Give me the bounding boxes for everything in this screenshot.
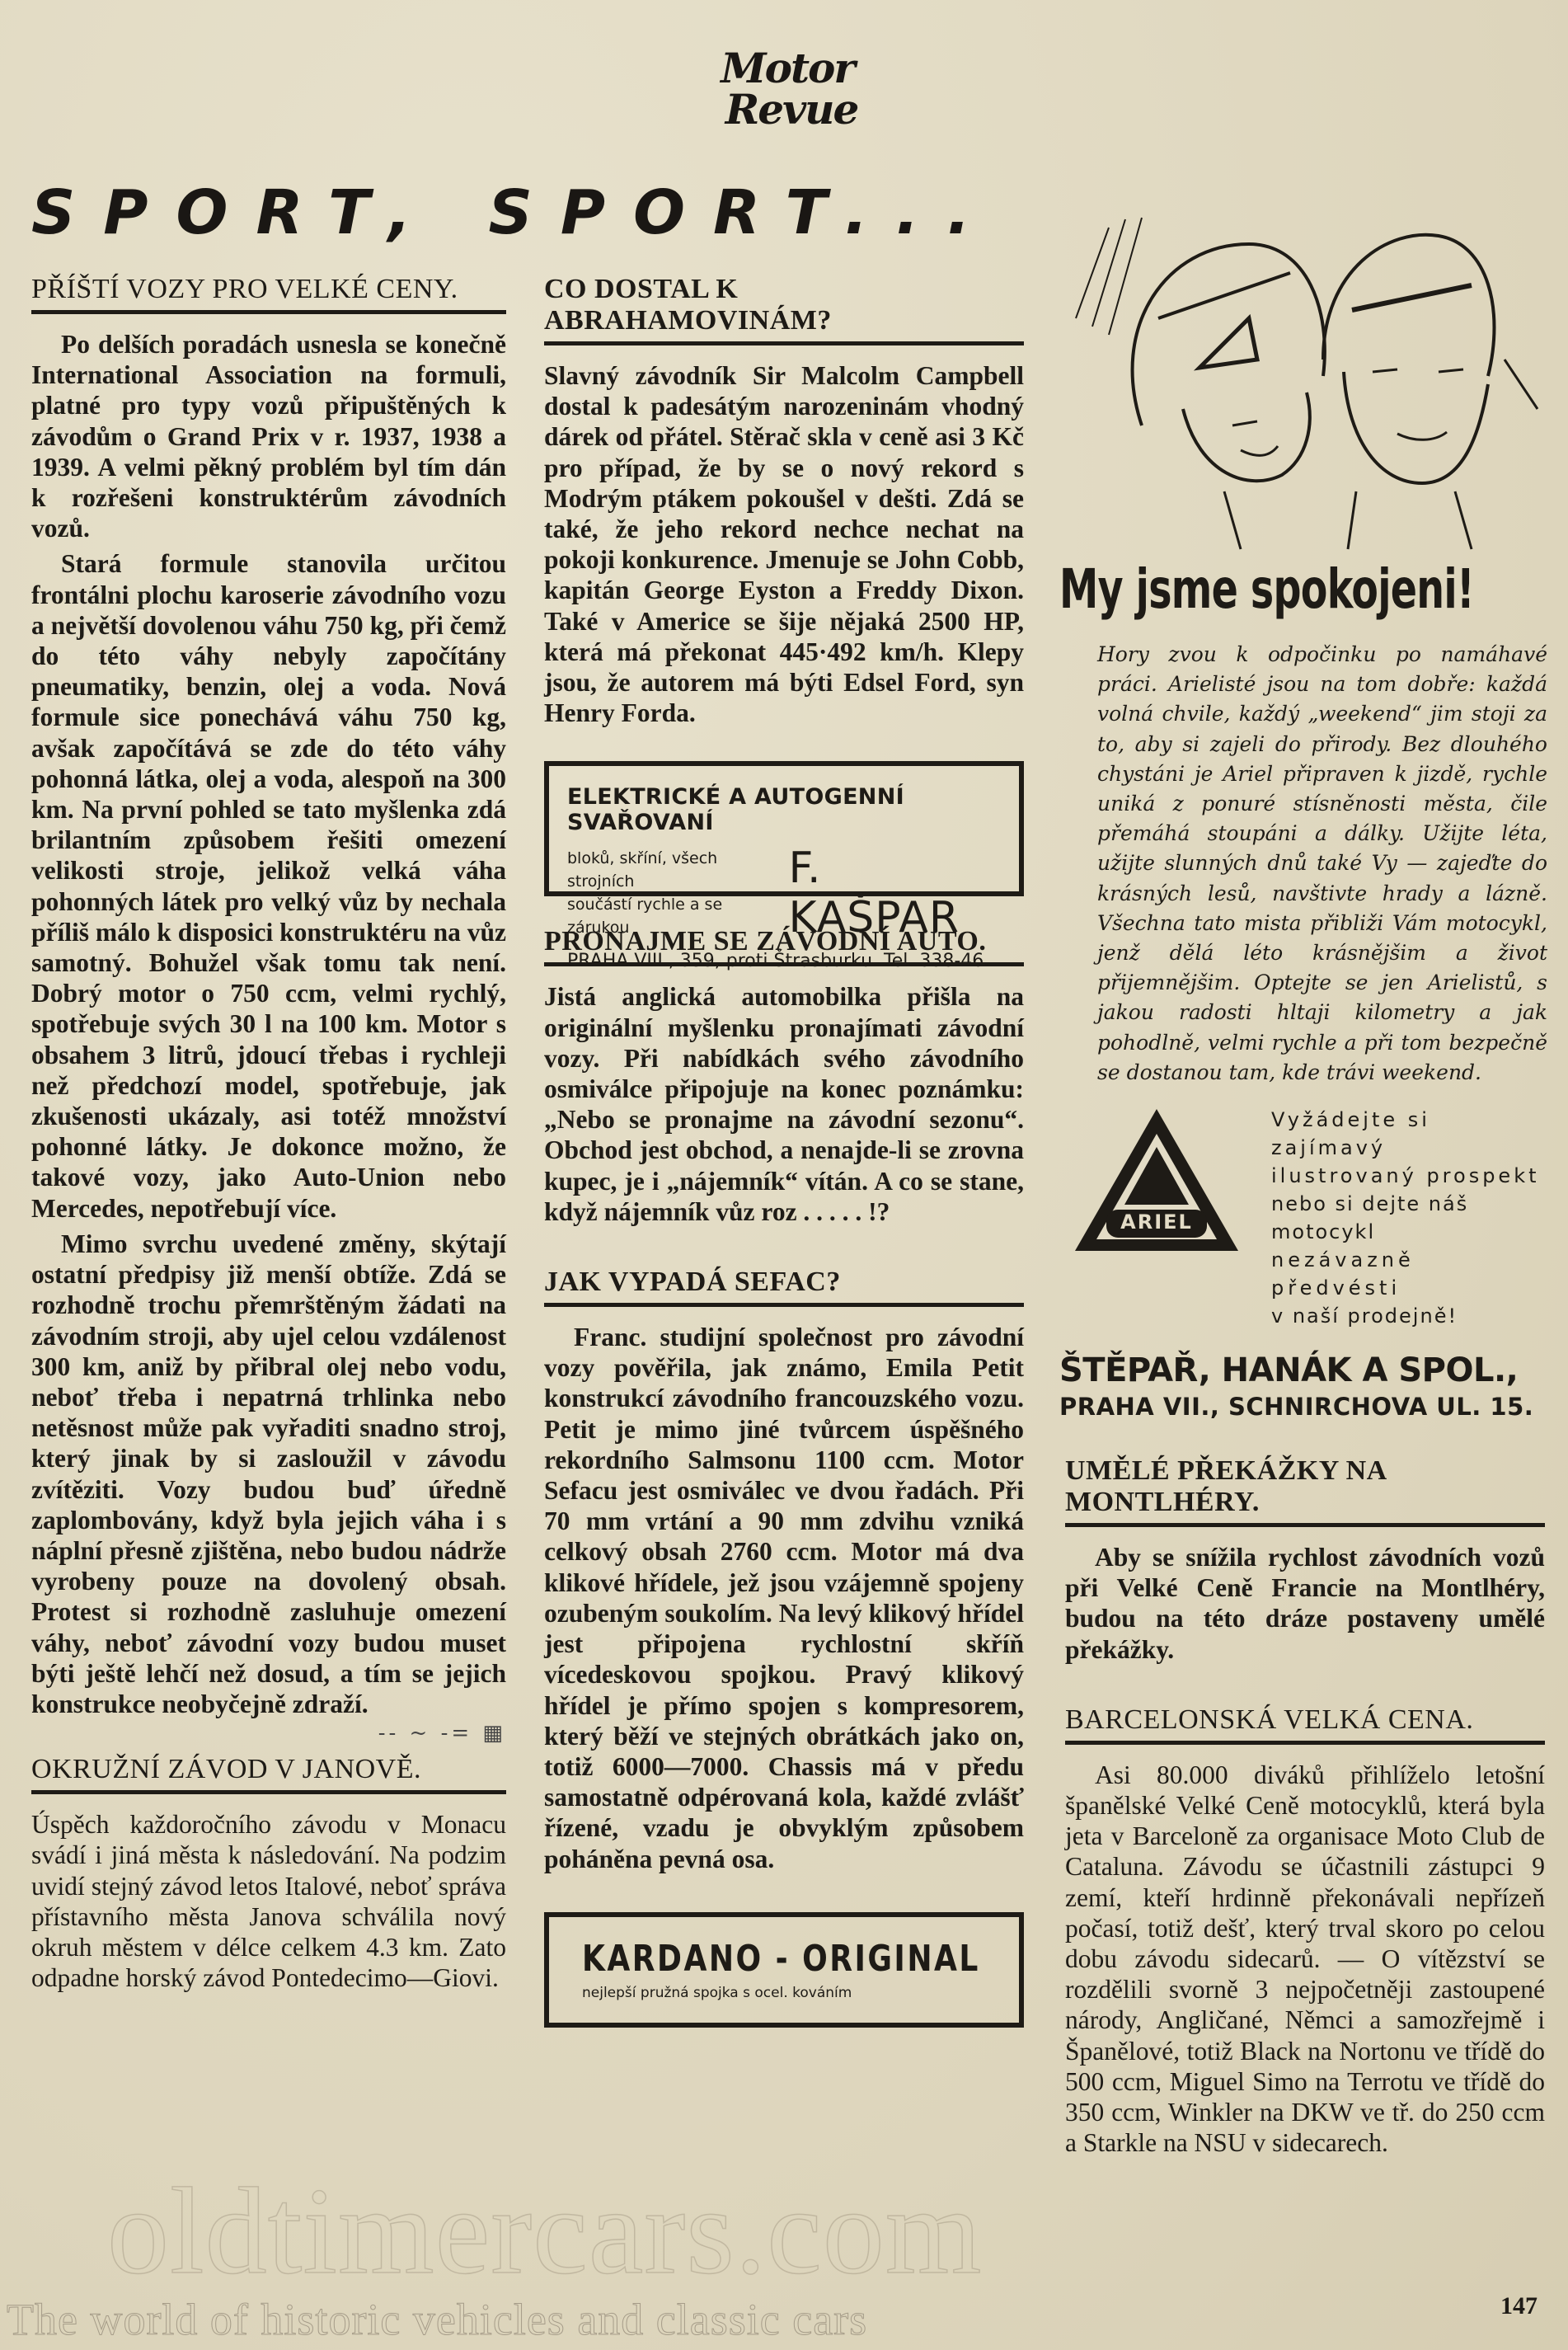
column-right-articles: UMĚLÉ PŘEKÁŽKY NA MONTLHÉRY. Aby se sníž…	[1065, 1455, 1545, 2158]
article-barcelonska: BARCELONSKÁ VELKÁ CENA. Asi 80.000 divák…	[1065, 1704, 1545, 2159]
cta-line: ilustrovaný prospekt	[1271, 1162, 1547, 1190]
article-paragraph: Slavný závodník Sir Malcolm Campbell dos…	[544, 360, 1024, 728]
article-co-dostal: CO DOSTAL K ABRAHAMOVINÁM? Slavný závodn…	[544, 274, 1024, 728]
ariel-logo: ARIEL	[1072, 1106, 1242, 1254]
article-okruzni-zavod: OKRUŽNÍ ZÁVOD V JANOVĚ. Úspěch každoročn…	[31, 1754, 506, 1993]
article-heading: OKRUŽNÍ ZÁVOD V JANOVĚ.	[31, 1754, 506, 1794]
article-paragraph: Stará formule stanovila určitou frontáln…	[31, 548, 506, 1223]
article-paragraph: Po delších poradách usnesla se konečně I…	[31, 329, 506, 543]
article-heading: UMĚLÉ PŘEKÁŽKY NA MONTLHÉRY.	[1065, 1455, 1545, 1527]
cta-line: Vyžádejte si zajímavý	[1271, 1106, 1547, 1162]
ad-ariel-cta-block: ARIEL Vyžádejte si zajímavý ilustrovaný …	[1059, 1106, 1547, 1330]
article-pronajme: PRONAJME SE ZÁVODNÍ AUTO. Jistá anglická…	[544, 926, 1024, 1227]
ad-ariel: My jsme spokojeni! Hory zvou k odpočinku…	[1059, 195, 1547, 1421]
article-paragraph: Úspěch každoročního závodu v Monacu svád…	[31, 1809, 506, 1993]
article-paragraph: Asi 80.000 diváků přihlíželo letošní špa…	[1065, 1760, 1545, 2159]
article-sefac: JAK VYPADÁ SEFAC? Franc. studijní společ…	[544, 1267, 1024, 1874]
ad-kardano-subtitle: nejlepší pružná spojka s ocel. kováním	[582, 1985, 1068, 2001]
ad-ariel-slogan: My jsme spokojeni!	[1059, 557, 1411, 620]
watermark-tagline: The world of historic vehicles and class…	[7, 2294, 867, 2345]
article-paragraph: Jistá anglická automobilka přišla na ori…	[544, 981, 1024, 1227]
ad-kardano: KARDANO - ORIGINAL nejlepší pružná spojk…	[544, 1912, 1024, 2028]
column-middle: CO DOSTAL K ABRAHAMOVINÁM? Slavný závodn…	[544, 274, 1024, 2028]
ad-kaspar-welding: ELEKTRICKÉ A AUTOGENNÍ SVAŘOVANÍ bloků, …	[544, 761, 1024, 896]
article-paragraph: Mimo svrchu uvedené změny, skýtají ostat…	[31, 1229, 506, 1719]
magazine-masthead: Motor Revue	[692, 48, 882, 130]
watermark-site: oldtimercars.com	[107, 2160, 982, 2302]
article-paragraph: Franc. studijní společnost pro závodní v…	[544, 1322, 1024, 1874]
article-heading: BARCELONSKÁ VELKÁ CENA.	[1065, 1704, 1545, 1745]
page-title: SPORT, SPORT...	[31, 177, 998, 248]
cta-line: v naší prodejně!	[1271, 1302, 1547, 1330]
ad-ariel-body: Hory zvou k odpočinku po namáhavé práci.…	[1097, 640, 1547, 1088]
article-umele-prekazky: UMĚLÉ PŘEKÁŽKY NA MONTLHÉRY. Aby se sníž…	[1065, 1455, 1545, 1665]
ornament-divider: -- ~ -= ▦	[31, 1721, 506, 1746]
ad-ariel-dealer-address: PRAHA VII., SCHNIRCHOVA UL. 15.	[1059, 1393, 1547, 1421]
page-number: 147	[1500, 2292, 1537, 2320]
ad-kaspar-line1: bloků, skříní, všech strojních	[567, 847, 780, 893]
cta-line: nebo si dejte náš motocykl	[1271, 1190, 1547, 1246]
column-left: PŘÍŠTÍ VOZY PRO VELKÉ CENY. Po delších p…	[31, 274, 506, 1993]
article-pristi-vozy: PŘÍŠTÍ VOZY PRO VELKÉ CENY. Po delších p…	[31, 274, 506, 1746]
ad-ariel-dealer-name: ŠTĚPAŘ, HANÁK A SPOL.,	[1059, 1351, 1547, 1389]
ad-kardano-title: KARDANO - ORIGINAL	[582, 1938, 980, 1980]
masthead-line1: Motor	[692, 48, 882, 89]
ad-ariel-cta: Vyžádejte si zajímavý ilustrovaný prospe…	[1271, 1106, 1547, 1330]
ad-kaspar-headline: ELEKTRICKÉ A AUTOGENNÍ SVAŘOVANÍ	[567, 784, 1004, 835]
article-heading: PŘÍŠTÍ VOZY PRO VELKÉ CENY.	[31, 274, 506, 314]
article-heading: JAK VYPADÁ SEFAC?	[544, 1267, 1024, 1307]
riders-illustration-icon	[1059, 195, 1547, 557]
masthead-line2: Revue	[701, 89, 882, 130]
ariel-logo-text: ARIEL	[1108, 1210, 1205, 1234]
article-paragraph: Aby se snížila rychlost závodních vozů p…	[1065, 1542, 1545, 1665]
article-heading: CO DOSTAL K ABRAHAMOVINÁM?	[544, 274, 1024, 345]
cta-line: nezávazně předvésti	[1271, 1246, 1547, 1302]
